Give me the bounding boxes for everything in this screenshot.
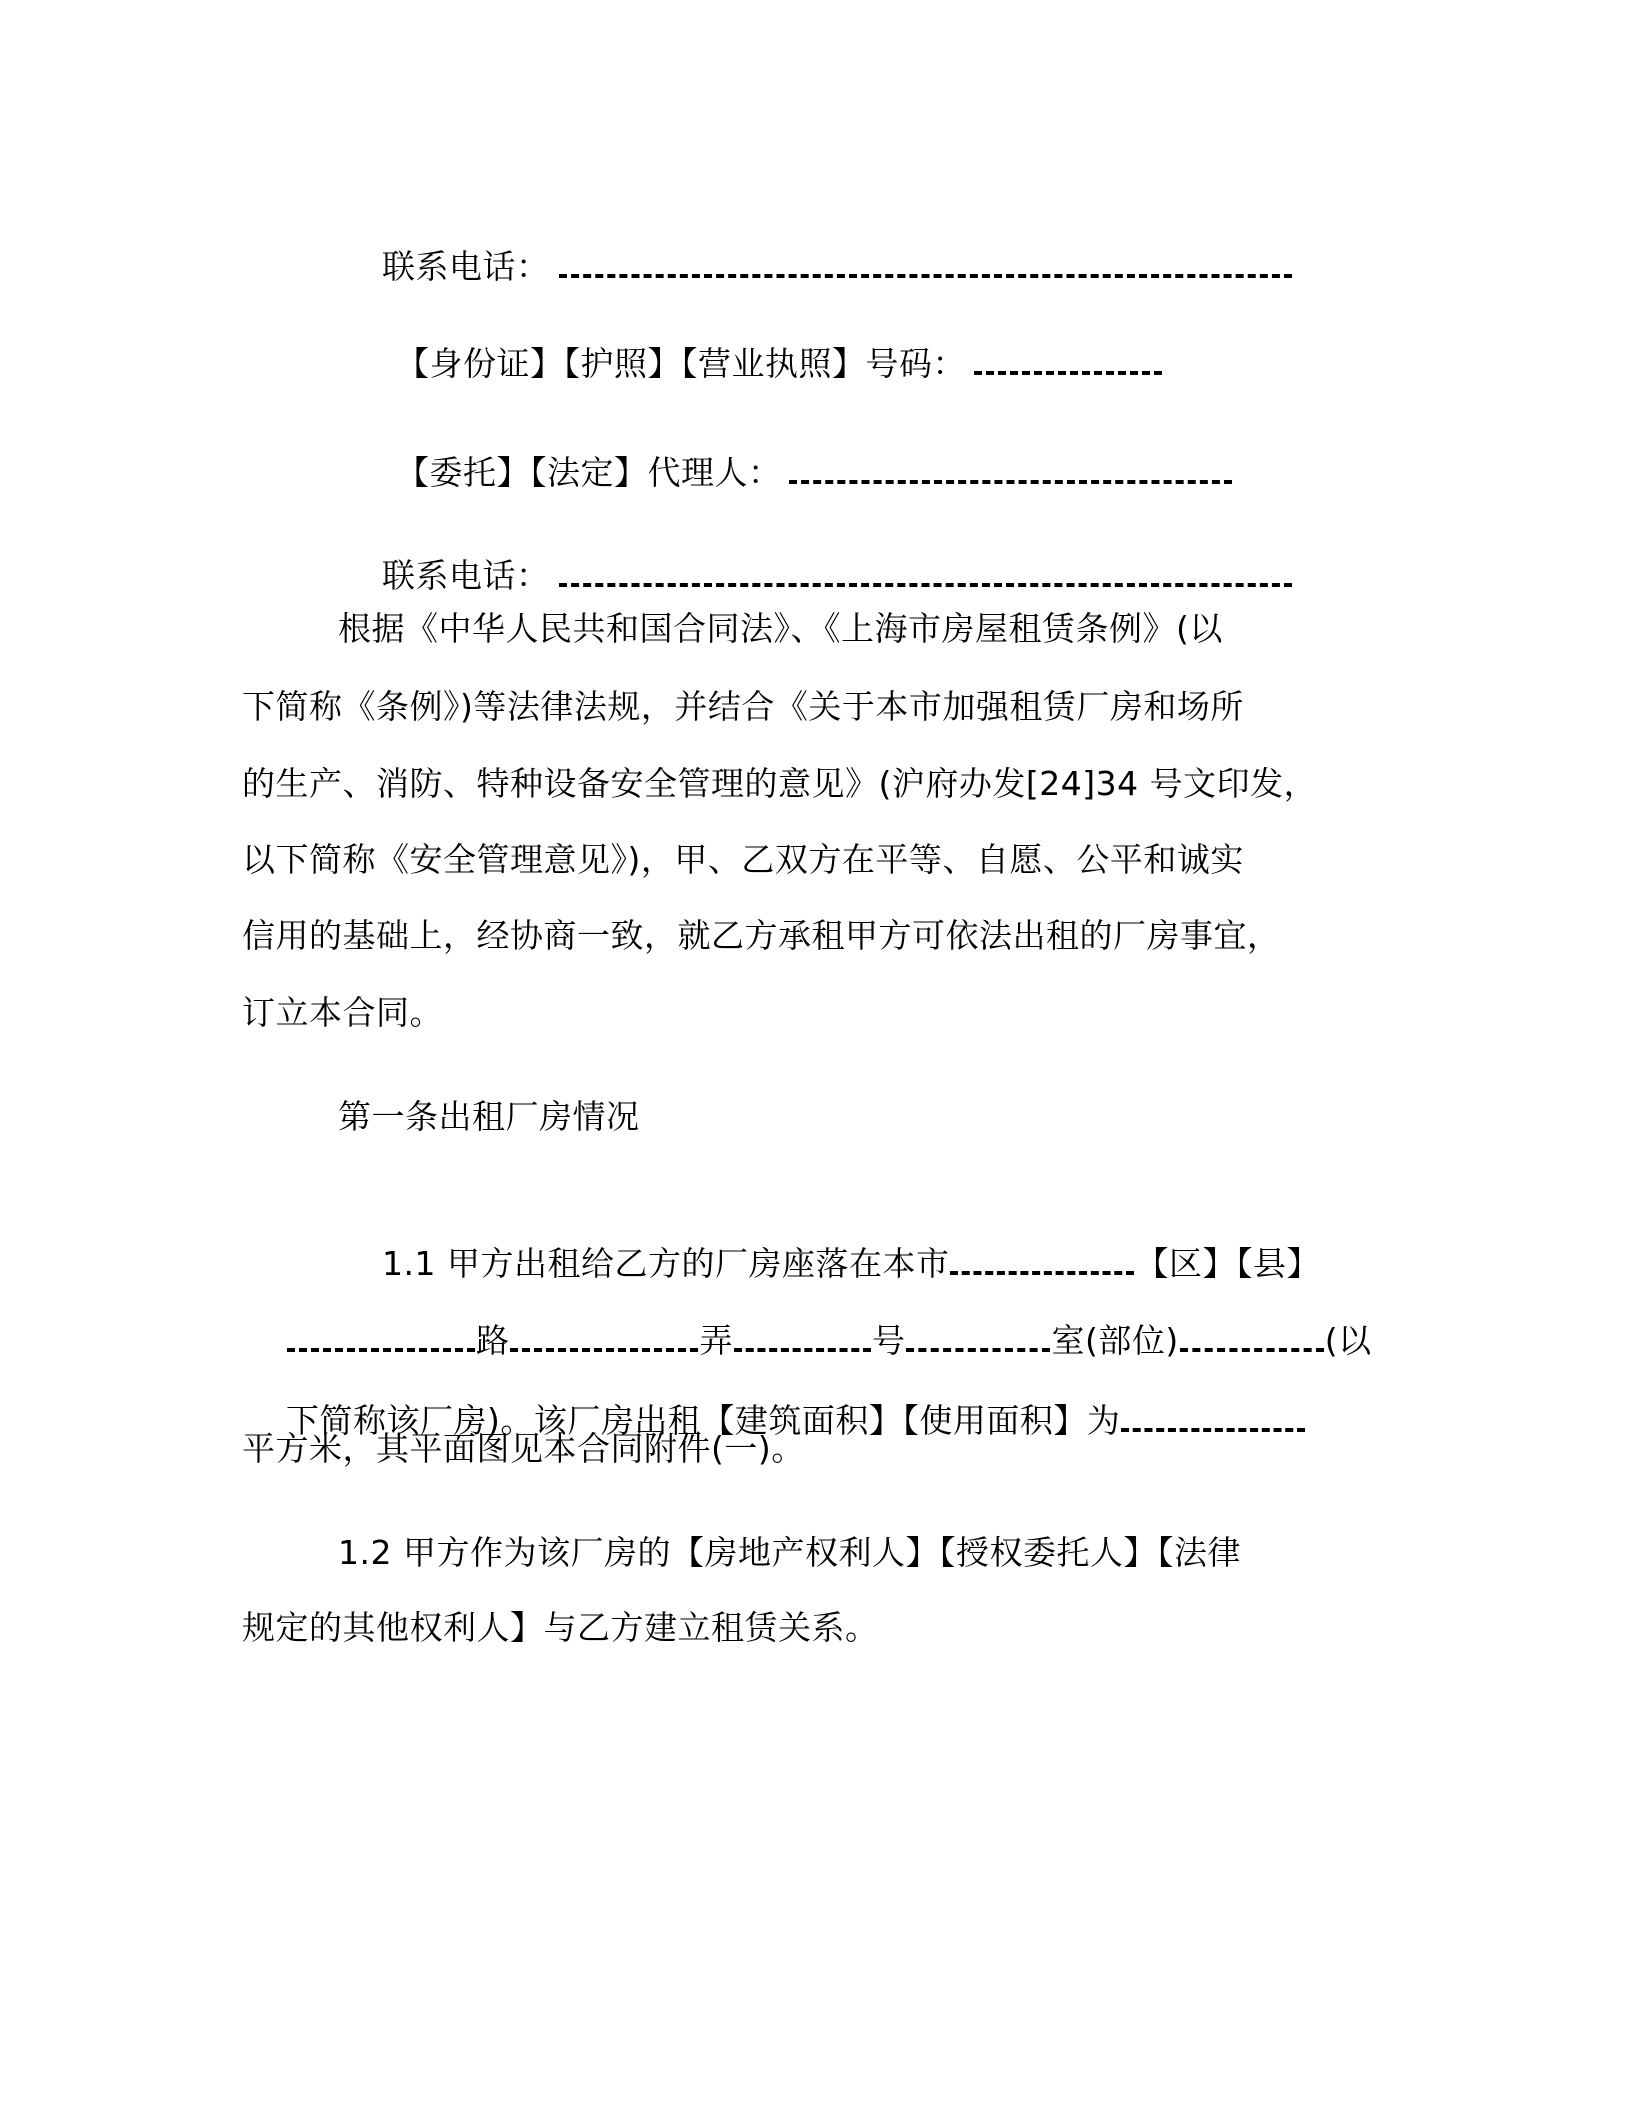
preamble-line-4: 以下简称《安全管理意见》)，甲、乙双方在平等、自愿、公平和诚实	[242, 838, 1244, 882]
contact-phone-blank[interactable]	[559, 248, 1292, 278]
clause-1-1-line-4: 平方米，其平面图见本合同附件(一)。	[242, 1427, 805, 1471]
article-1-heading: 第一条出租厂房情况	[338, 1095, 640, 1139]
room-blank[interactable]	[906, 1322, 1050, 1352]
preamble-line-6: 订立本合同。	[242, 991, 443, 1035]
contact-phone-blank[interactable]	[559, 557, 1292, 587]
hereinafter-label: (以	[1325, 1321, 1372, 1360]
document-page: 联系电话： 【身份证】【护照】【营业执照】号码： 【委托】【法定】代理人： 联系…	[0, 0, 1632, 2112]
contact-phone-field-1: 联系电话：	[338, 201, 1293, 245]
agent-field: 【委托】【法定】代理人：	[352, 407, 1233, 451]
number-blank[interactable]	[734, 1322, 871, 1352]
contact-phone-field-2: 联系电话：	[338, 510, 1293, 554]
agent-label: 【委托】【法定】代理人：	[396, 453, 782, 492]
id-number-label: 【身份证】【护照】【营业执照】号码：	[396, 344, 966, 383]
preamble-line-1: 根据《中华人民共和国合同法》、《上海市房屋租赁条例》(以	[338, 607, 1223, 651]
clause-1-2-line-1: 1.2 甲方作为该厂房的【房地产权利人】【授权委托人】【法律	[338, 1531, 1241, 1575]
road-blank[interactable]	[287, 1322, 475, 1352]
id-number-field: 【身份证】【护照】【营业执照】号码：	[352, 298, 1163, 342]
id-number-blank[interactable]	[974, 345, 1162, 375]
preamble-line-3: 的生产、消防、特种设备安全管理的意见》(沪府办发[24]34 号文印发，	[242, 762, 1317, 806]
clause-1-1-line-2: 路弄号室(部位)(以	[242, 1275, 1372, 1319]
agent-blank[interactable]	[789, 454, 1232, 484]
clause-1-2-line-2: 规定的其他权利人】与乙方建立租赁关系。	[242, 1606, 879, 1650]
preamble-line-5: 信用的基础上，经协商一致，就乙方承租甲方可依法出租的厂房事宜，	[242, 914, 1281, 958]
lane-blank[interactable]	[510, 1322, 698, 1352]
district-blank[interactable]	[950, 1245, 1134, 1275]
clause-1-1-line-1: 1.1 甲方出租给乙方的厂房座落在本市【区】【县】	[338, 1198, 1320, 1242]
area-blank[interactable]	[1121, 1402, 1305, 1432]
preamble-line-2: 下简称《条例》)等法律法规，并结合《关于本市加强租赁厂房和场所	[242, 685, 1244, 729]
clause-1-1-line-3: 下简称该厂房)。该厂房出租【建筑面积】【使用面积】为	[242, 1355, 1306, 1399]
contact-phone-label: 联系电话：	[382, 247, 550, 286]
position-blank[interactable]	[1180, 1322, 1324, 1352]
contact-phone-label: 联系电话：	[382, 556, 550, 595]
